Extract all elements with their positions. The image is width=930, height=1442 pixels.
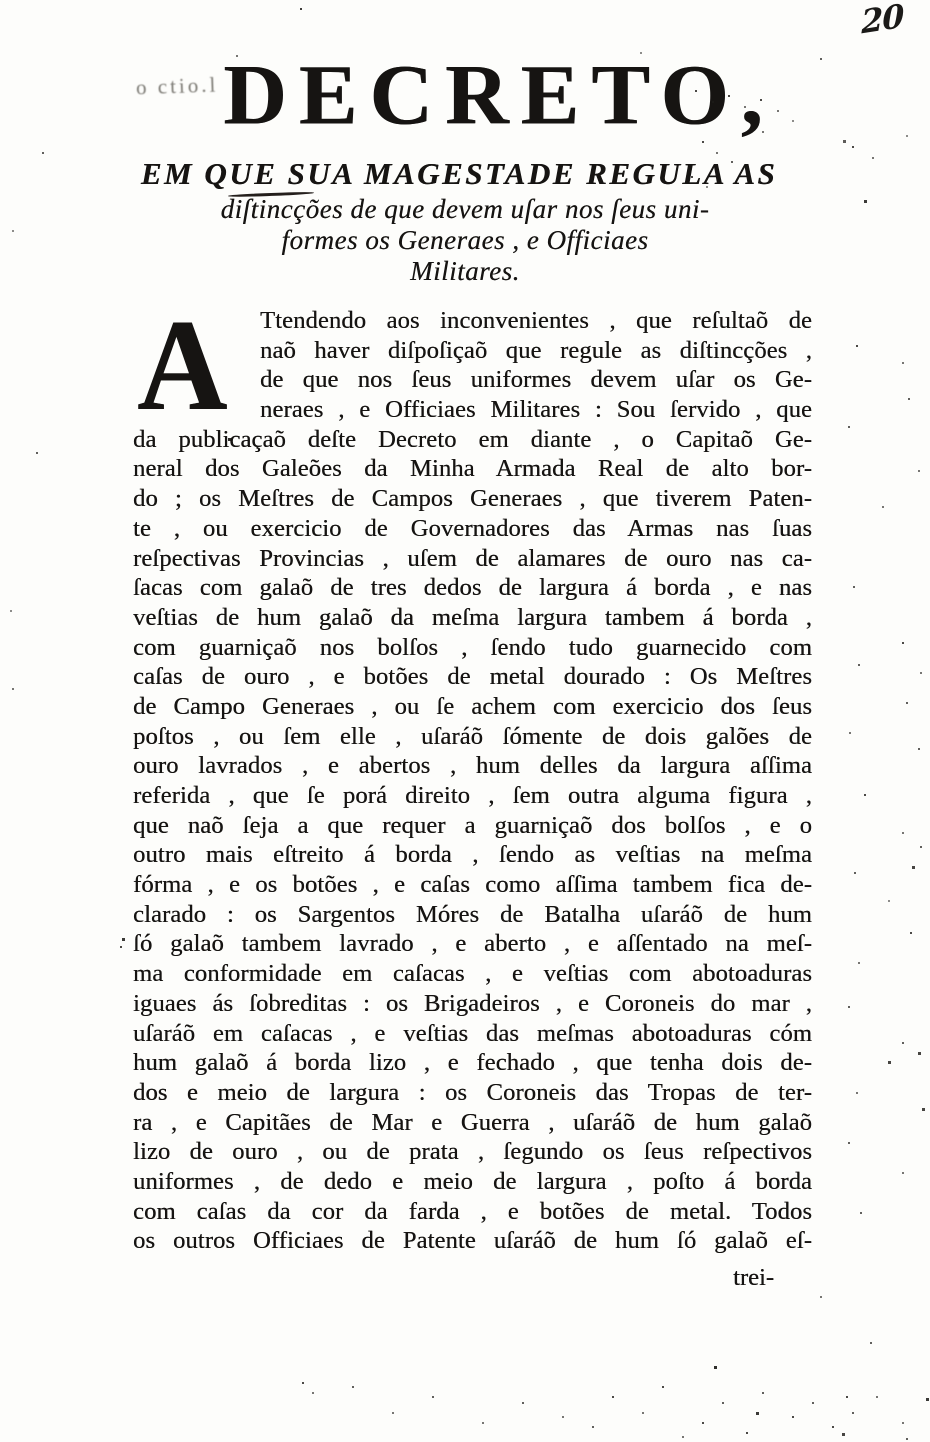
body-line: com guarniçaõ nos bolſos , ſendo tudo gu…	[133, 633, 812, 663]
body-line: Ttendendo aos inconvenientes , que reſul…	[260, 306, 812, 336]
decree-title: DECRETO,	[223, 53, 775, 139]
body-line: iguaes ás ſobreditas : os Brigadeiros , …	[133, 989, 812, 1019]
body-line: uſaráõ em caſacas , e veſtias das meſmas…	[133, 1019, 812, 1049]
body-line: ſacas com galaõ de tres dedos de largura…	[133, 573, 812, 603]
decree-subtitle-line: diſtincções de que devem uſar nos ſeus u…	[0, 194, 930, 225]
body-line: do ; os Meſtres de Campos Generaes , que…	[133, 484, 812, 514]
handwritten-page-number: 20	[861, 0, 904, 42]
body-line: poſtos , ou ſem elle , uſaráõ ſómente de…	[133, 722, 812, 752]
body-line: uniformes , de dedo e meio de largura , …	[133, 1167, 812, 1197]
body-line: te , ou exercicio de Governadores das Ar…	[133, 514, 812, 544]
body-line: os outros Officiaes de Patente uſaráõ de…	[133, 1226, 812, 1256]
body-line: lizo de ouro , ou de prata , ſegundo os …	[133, 1137, 812, 1167]
body-line: reſpectivas Provincias , uſem de alamare…	[133, 544, 812, 574]
catchword: trei-	[133, 1264, 812, 1292]
body-line: clarado : os Sargentos Móres de Batalha …	[133, 900, 812, 930]
body-line: neral dos Galeões da Minha Armada Real d…	[133, 454, 812, 484]
decree-subtitle-caps: EM QUE SUA MAGESTADE REGULA AS	[0, 156, 924, 192]
body-line: que naõ ſeja a que requer a guarniçaõ do…	[133, 811, 812, 841]
body-line: caſas de ouro , e botões de metal dourad…	[133, 662, 812, 692]
body-line: ſó galaõ tambem lavrado , e aberto , e a…	[133, 929, 812, 959]
body-line: hum galaõ á borda lizo , e fechado , que…	[133, 1048, 812, 1078]
body-line: referida , que ſe porá direito , ſem out…	[133, 781, 812, 811]
body-line: ra , e Capitães de Mar e Guerra , uſaráõ…	[133, 1108, 812, 1138]
decree-subtitle-line: Militares.	[0, 256, 930, 287]
body-line: de que nos ſeus uniformes devem uſar os …	[260, 365, 812, 395]
body-line: da publicaçaõ deſte Decreto em diante , …	[133, 425, 812, 455]
body-line: com caſas da cor da farda , e botões de …	[133, 1197, 812, 1227]
body-line: neraes , e Officiaes Militares : Sou ſer…	[260, 395, 812, 425]
body-line: ouro lavrados , e abertos , hum delles d…	[133, 751, 812, 781]
decree-subtitle-line: formes os Generaes , e Officiaes	[0, 225, 930, 256]
body-line: fórma , e os botões , e caſas como aſſim…	[133, 870, 812, 900]
body-line: outro mais eſtreito á borda , ſendo as v…	[133, 840, 812, 870]
decree-body-text: Ttendendo aos inconvenientes , que reſul…	[133, 306, 812, 1292]
body-line: ma conformidade em caſacas , e veſtias c…	[133, 959, 812, 989]
decree-document-page: 20 o ctio.l DECRETO, EM QUE SUA MAGESTAD…	[0, 0, 930, 1442]
body-line: naõ haver diſpoſiçaõ que regule as diſti…	[260, 336, 812, 366]
scan-speckle-noise-heavy	[0, 0, 3, 3]
body-line: veſtias de hum galaõ da meſma largura ta…	[133, 603, 812, 633]
body-line: dos e meio de largura : os Coroneis das …	[133, 1078, 812, 1108]
body-line: de Campo Generaes , ou ſe achem com exer…	[133, 692, 812, 722]
decree-header: DECRETO, EM QUE SUA MAGESTADE REGULA AS …	[0, 52, 930, 287]
